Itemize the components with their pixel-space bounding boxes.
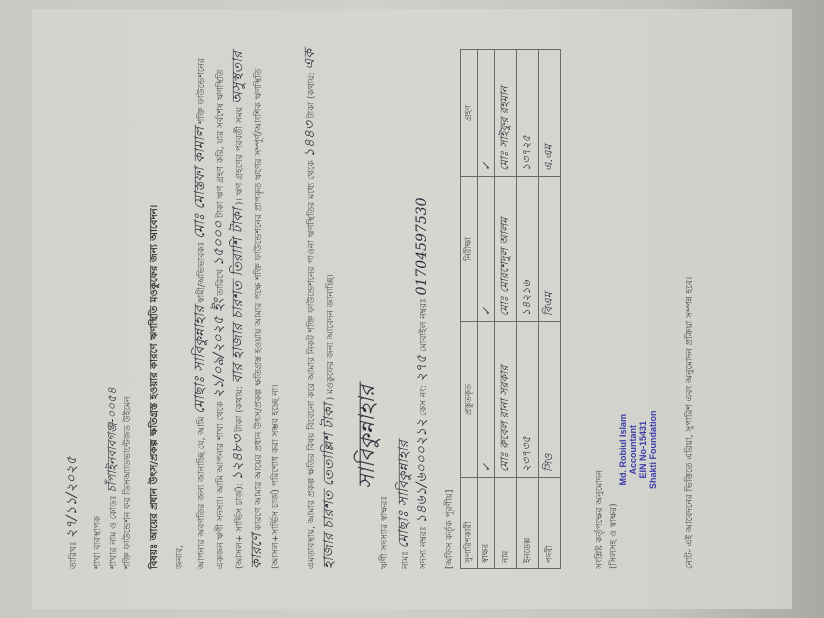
outstanding-words: বার হাজার চারশত তিরাশি টাকা: [230, 208, 246, 383]
guardian-name: মোঃ মোস্তফা কামাল: [192, 127, 208, 239]
p1-text-b: স্বামী/অভিভাবকঃ: [197, 242, 207, 303]
member-no-label: সদস্য নম্বরঃ: [419, 526, 429, 569]
office-row: সুপারিশকারীপ্রস্তুতকৃতনিরীক্ষাগ্রহণ: [461, 50, 478, 569]
office-cell: এ.এম: [539, 50, 561, 177]
date-label: তারিখঃ: [69, 541, 79, 569]
office-cell: বিএম: [539, 176, 561, 321]
loan-date: ২১/০৯/২০২৫ ইং: [211, 298, 227, 398]
mobile-value: 01704597530: [414, 197, 430, 295]
p1-text-d: তারিখে: [216, 269, 226, 295]
mobile-label: মোবাইল নম্বরঃ: [419, 298, 429, 352]
signature-label: ঋণী সদস্যার স্বাক্ষরঃ: [380, 496, 390, 569]
to-line-3: শক্তি ফাউন্ডেশন ফর ডিসঅ্যাডভান্টেজড উইমে…: [120, 397, 135, 569]
stamp-org: Shakti Foundation: [648, 411, 658, 490]
p1-text-a: আপনার অবগতির জন্য জানাচ্ছি যে, আমি: [197, 417, 207, 569]
application-form: তারিখঃ ২৭/১১/২০২৫ শাখা ব্যবস্থাপক শাখার …: [32, 9, 792, 609]
p2-text-b: টাকা (কথায়:: [307, 72, 317, 118]
office-cell: ✓: [478, 176, 495, 321]
stamp-ein: EIN No-15431: [638, 411, 648, 490]
office-cell: মোঃ মোরশেদুল আলম: [495, 176, 517, 321]
office-row: পদবীসিওবিএমএ.এম: [539, 50, 561, 569]
branch-value: চাঁপাইনবাবগঞ্জ-০০৫৪: [105, 387, 119, 492]
office-row-label: স্বাক্ষর: [478, 478, 495, 569]
member-no-value: ১৪৬১/৬০০০২১২: [414, 419, 430, 524]
office-cell: নিরীক্ষা: [461, 176, 478, 321]
p1-text-f: টাকা (কথায়:: [235, 386, 245, 432]
office-cell: ২৩৭৩৫: [517, 322, 539, 478]
office-row-label: ইনডেক্স: [517, 478, 539, 569]
office-row-label: নাম: [495, 478, 517, 569]
waive-amount: ১৪৪৩: [302, 121, 318, 157]
stamp-title: Accountant: [628, 411, 638, 490]
footer-note: নোট- এই আবেদনের ভিত্তিতে এরিয়া, সুপারিশ…: [682, 277, 697, 569]
approver-line-2: (সিলসহ ও স্বাক্ষর): [606, 503, 621, 569]
outstanding-amount: ১২৪৮৩: [230, 435, 246, 480]
office-cell: গ্রহণ: [461, 50, 478, 177]
to-line-1: শাখা ব্যবস্থাপক: [90, 516, 105, 569]
office-row: নামমোঃ রুবেল রানা সরকারমোঃ মোরশেদুল আলমম…: [495, 50, 517, 569]
p2-text-c: ) মওকুফের জন্য আবেদন জানাচ্ছি।: [326, 274, 336, 400]
stamp-name: Md. Robiul Islam: [618, 411, 628, 490]
office-cell: ✓: [478, 50, 495, 177]
case-label: কেস নং:: [419, 385, 429, 416]
member-name: মোছাঃ সাবিকুন্নাহার: [192, 306, 208, 414]
office-cell: ১৩৭২৫: [517, 50, 539, 177]
office-row: ইনডেক্স২৩৭৩৫১৪২১৬১৩৭২৫: [517, 50, 539, 569]
office-cell: প্রস্তুতকৃত: [461, 322, 478, 478]
office-row-label: পদবী: [539, 478, 561, 569]
case-value: ২৭৫: [414, 355, 430, 382]
applicant-ids-line: সদস্য নম্বরঃ ১৪৬১/৬০০০২১২ কেস নং: ২৭৫ মো…: [410, 197, 434, 569]
branch-label: শাখার নাম ও কোডঃ: [109, 495, 119, 569]
date-value: ২৭/১১/২০২৫: [64, 456, 80, 538]
p1-text-h: কারণে আমার আয়ের প্রধান উৎস/প্রকল্প ক্ষত…: [254, 69, 281, 569]
approver-stamp: Md. Robiul Islam Accountant EIN No-15431…: [618, 411, 658, 490]
office-table: সুপারিশকারীপ্রস্তুতকৃতনিরীক্ষাগ্রহণস্বাক…: [460, 49, 561, 569]
office-cell: সিও: [539, 322, 561, 478]
p2-text-a: এমতাবস্থায়, আমার প্রকল্প ক্ষতির বিষয় ব…: [307, 160, 317, 569]
office-heading: [অফিস কর্তৃক পূরণীয়]: [442, 490, 457, 569]
subject: বিষয়ঃ আয়ের প্রধান উৎস/প্রকল্প ক্ষতিগ্র…: [147, 205, 164, 569]
loan-amount: ১৫০০০: [211, 221, 227, 266]
office-cell: ✓: [478, 322, 495, 478]
paragraph-2: এমতাবস্থায়, আমার প্রকল্প ক্ষতির বিষয় ব…: [302, 49, 340, 569]
office-cell: মোঃ রুবেল রানা সরকার: [495, 322, 517, 478]
p1-text-g: )। ঋণ গ্রহণের পরবর্তী সময়: [235, 107, 245, 205]
paragraph-1: আপনার অবগতির জন্য জানাচ্ছি যে, আমি মোছাঃ…: [192, 49, 285, 569]
applicant-signature: সাবিকুন্নাহার: [350, 385, 387, 489]
date-line: তারিখঃ ২৭/১১/২০২৫: [60, 456, 84, 569]
office-cell: ১৪২১৬: [517, 176, 539, 321]
office-cell: মোঃ সাইফুর রহমান: [495, 50, 517, 177]
approver-line-1: সংশ্লিষ্ট কর্তৃপক্ষের অনুমোদন: [592, 470, 607, 569]
salutation: জনাব,: [172, 545, 187, 569]
office-row-label: সুপারিশকারী: [461, 478, 478, 569]
applicant-signature-line: ঋণী সদস্যার স্বাক্ষরঃ: [377, 496, 392, 569]
office-row: স্বাক্ষর✓✓✓: [478, 50, 495, 569]
